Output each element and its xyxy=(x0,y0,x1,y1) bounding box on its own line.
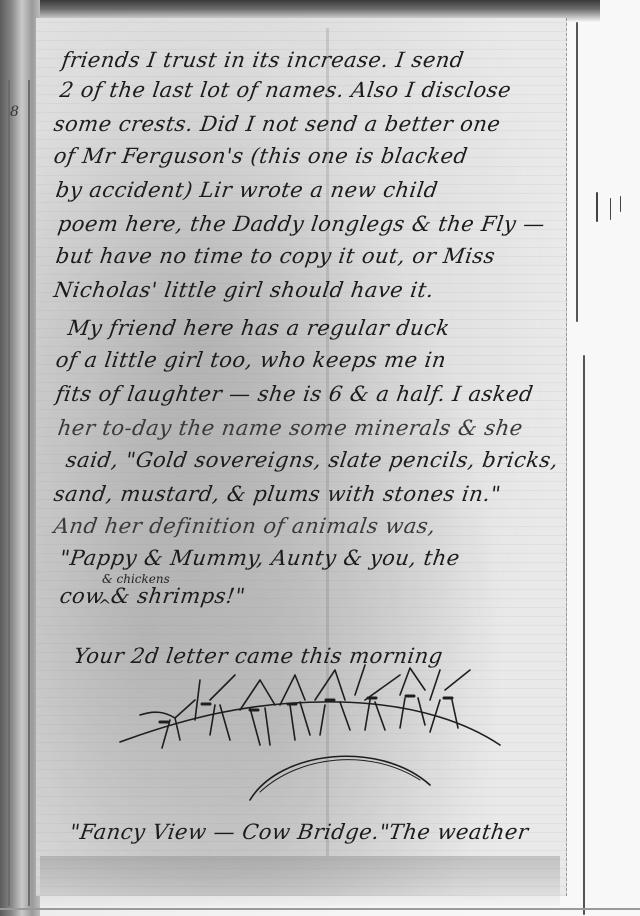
margin-mark xyxy=(610,198,611,220)
scan-bottom-edge xyxy=(0,908,640,910)
cow-bridge-sketch xyxy=(100,660,540,840)
right-margin-line xyxy=(576,22,578,322)
text-line: My friend here has a regular duck xyxy=(66,316,451,340)
adjacent-page-edge: 8 xyxy=(0,0,40,916)
text-line: some crests. Did I not send a better one xyxy=(52,112,502,136)
page-number: 8 xyxy=(10,104,19,120)
text-line: but have no time to copy it out, or Miss xyxy=(54,244,497,268)
text-line: of a little girl too, who keeps me in xyxy=(54,348,448,372)
cow-heads xyxy=(140,665,470,748)
text-line: her to-day the name some minerals & she xyxy=(56,416,524,440)
text-line: said, "Gold sovereigns, slate pencils, b… xyxy=(64,448,559,472)
text-line: "Pappy & Mummy, Aunty & you, the xyxy=(58,546,461,570)
text-line: fits of laughter — she is 6 & a half. I … xyxy=(54,382,535,406)
text-line: friends I trust in its increase. I send xyxy=(60,48,465,72)
right-margin-line xyxy=(583,355,585,915)
text-line: by accident) Lir wrote a new child xyxy=(54,178,439,202)
text-line: Nicholas' little girl should have it. xyxy=(52,278,435,302)
left-rule xyxy=(28,80,30,906)
text-line: And her definition of animals was, xyxy=(52,514,437,538)
left-rule xyxy=(8,80,10,906)
inserted-words: & chickens xyxy=(102,572,170,586)
text-line: of Mr Ferguson's (this one is blacked xyxy=(52,144,469,168)
text-line: cow & shrimps!" xyxy=(58,584,247,608)
text-line: sand, mustard, & plums with stones in." xyxy=(52,482,502,506)
bridge-arch xyxy=(250,756,430,800)
insertion-caret: ^ xyxy=(98,596,111,615)
text-line-continuation: The weather xyxy=(387,820,530,844)
margin-mark xyxy=(596,192,598,222)
sketch-caption: "Fancy View — Cow Bridge." xyxy=(68,820,391,844)
margin-mark xyxy=(620,196,621,212)
text-line: poem here, the Daddy longlegs & the Fly … xyxy=(56,212,546,236)
text-line: 2 of the last lot of names. Also I discl… xyxy=(58,78,512,102)
bottom-scan-shadow xyxy=(40,856,560,906)
